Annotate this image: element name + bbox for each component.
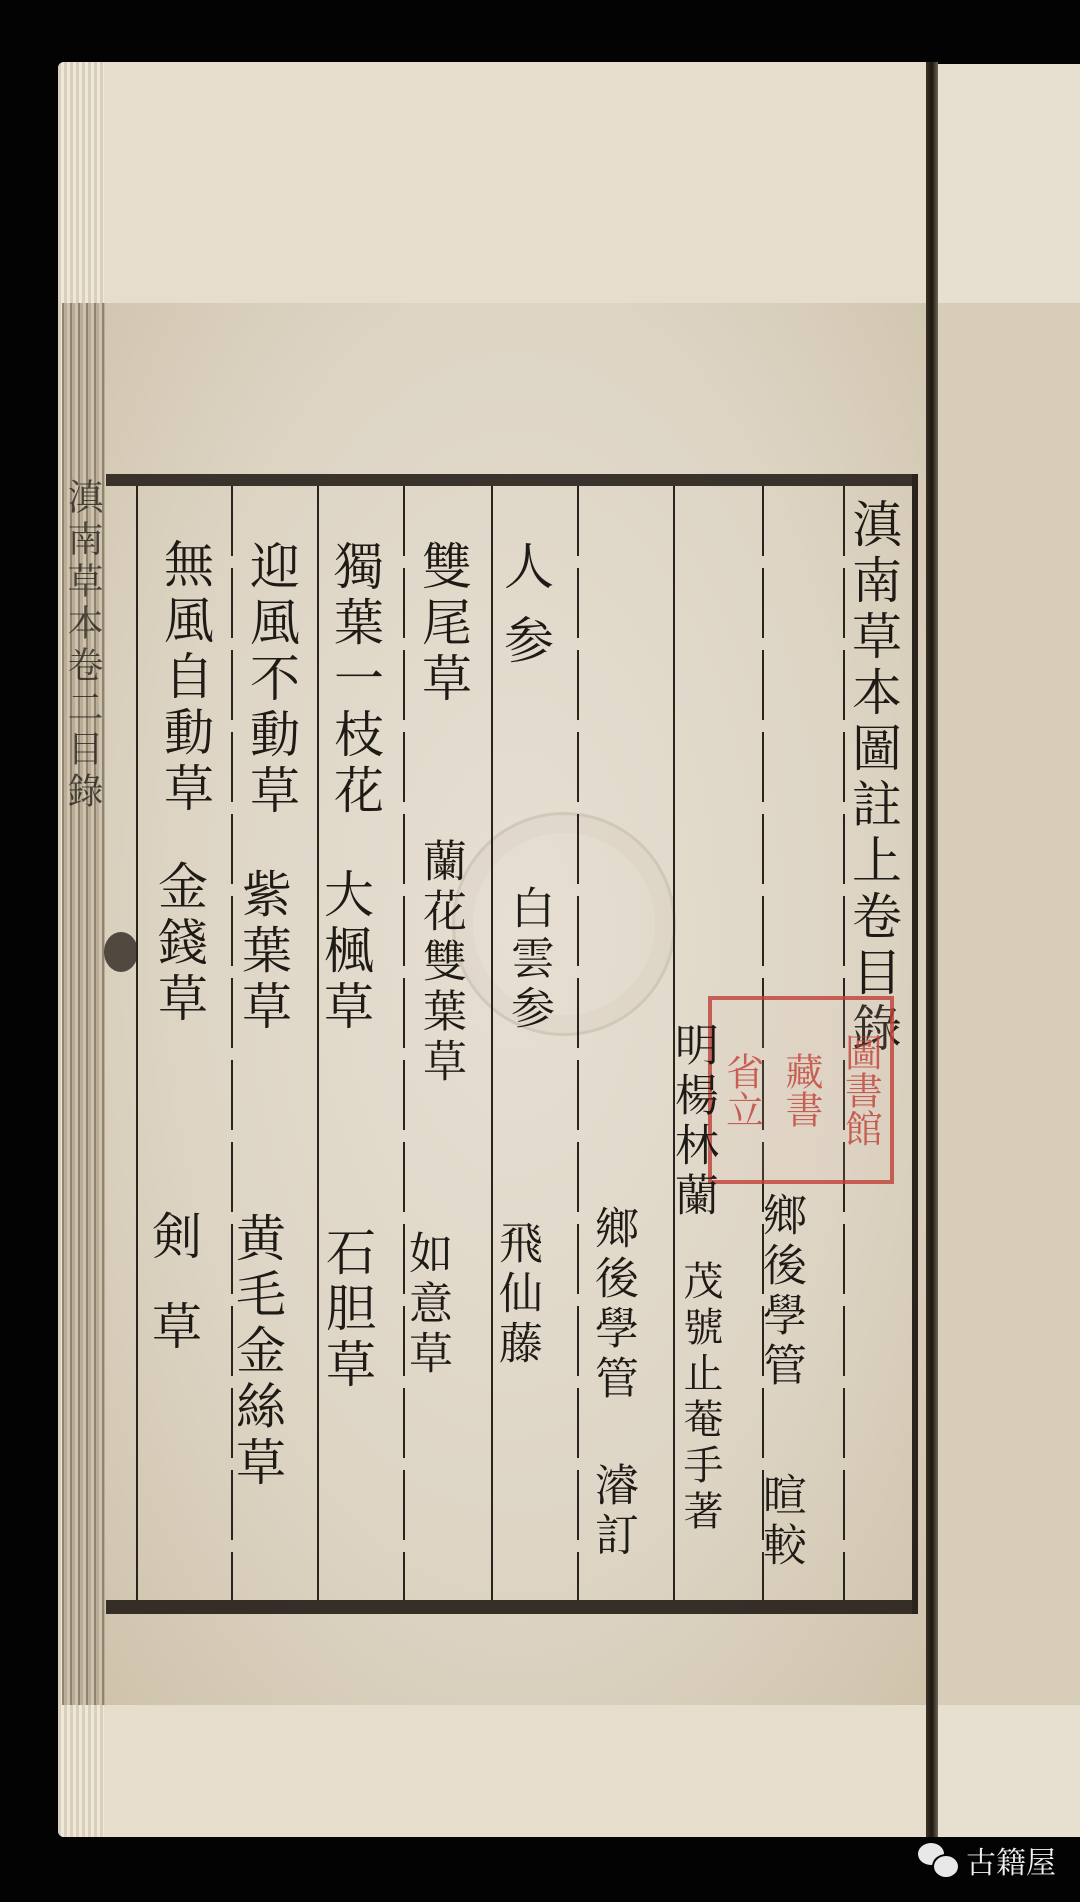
frame-border-right [912,474,918,1614]
toc-entry: 人参 [500,540,550,688]
seal-chars: 藏書 [782,1052,820,1128]
block-center-text: 滇南草本卷二目錄 [64,478,100,814]
toc-entry: 剣草 [148,1210,198,1390]
toc-entry: 蘭花雙葉草 [418,838,462,1088]
frame-border-top [106,474,918,486]
toc-entry: 飛仙藤 [494,1220,538,1370]
toc-entry: 迎風不動草 [246,540,296,820]
watermark-label: 古籍屋 [966,1838,1056,1882]
author-col-b-top: 明楊林蘭 [670,1022,714,1222]
wechat-icon [918,1843,958,1877]
column-line [403,486,405,1600]
frame-border-bottom [106,1600,918,1614]
toc-entry: 雙尾草 [418,540,468,708]
column-line [136,486,138,1600]
toc-entry: 大楓草 [320,868,370,1036]
column-line [491,486,493,1600]
toc-entry: 如意草 [404,1230,448,1380]
seal-chars: 圖書館 [841,1033,879,1147]
toc-entry: 獨葉一枝花 [330,540,380,820]
old-paper-right [938,303,1080,1705]
book-gutter [926,62,938,1837]
toc-entry: 無風自動草 [160,538,210,818]
toc-entry: 石胆草 [322,1226,372,1394]
seal-chars: 省立 [723,1052,761,1128]
author-col-c-bottom: 濬訂 [590,1462,634,1562]
author-col-b-bottom: 茂號止菴手著 [680,1260,720,1536]
toc-entry: 黄毛金絲草 [232,1212,282,1492]
author-col-c-top: 鄉後學管 [590,1205,634,1405]
toc-entry: 金錢草 [154,860,204,1028]
author-col-a-top: 鄉後學管 [758,1192,802,1392]
toc-title: 滇南草本圖註上卷目錄 [848,498,898,1058]
toc-entry: 紫葉草 [238,868,288,1036]
wechat-watermark: 古籍屋 [918,1838,1056,1882]
red-library-seal: 省立 藏書 圖書館 [708,996,894,1184]
author-col-a-bottom: 暄較 [758,1472,802,1572]
column-line [317,486,319,1600]
column-line [577,486,579,1600]
toc-entry: 白雲参 [506,885,550,1035]
